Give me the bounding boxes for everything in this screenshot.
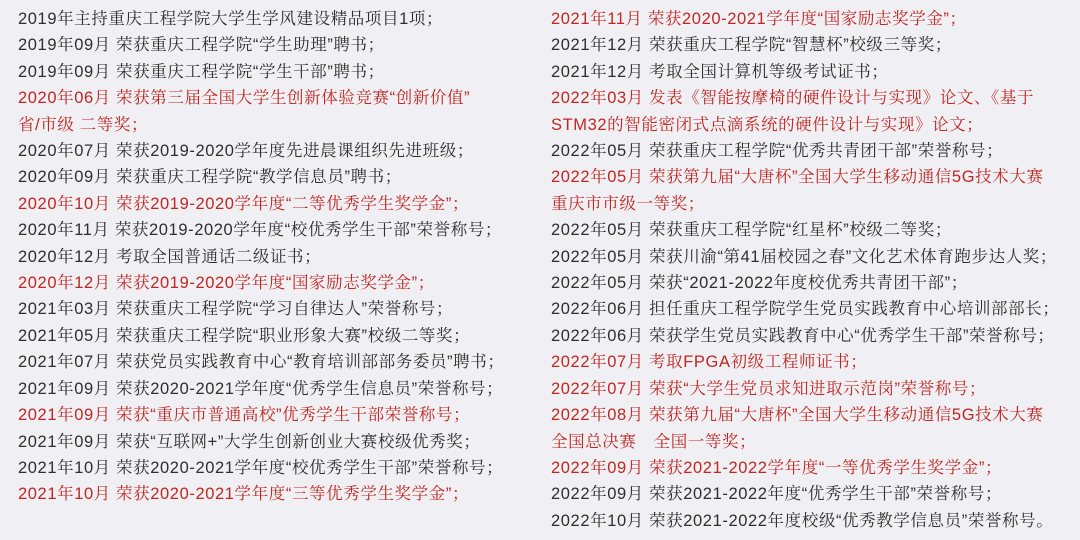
achievement-line: 2022年05月 荣获川渝“第41届校园之春”文化艺术体育跑步达人奖；	[551, 244, 1070, 270]
achievements-column-right: 2021年11月 荣获2020-2021学年度“国家励志奖学金”；2021年12…	[551, 6, 1070, 540]
achievement-line: 2020年10月 荣获2019-2020学年度“二等优秀学生奖学金”；	[18, 191, 537, 217]
achievement-line: 2020年09月 荣获重庆工程学院“教学信息员”聘书；	[18, 164, 537, 190]
achievement-line: 2020年07月 荣获2019-2020学年度先进晨课组织先进班级；	[18, 138, 537, 164]
achievement-line: 2021年11月 荣获2020-2021学年度“国家励志奖学金”；	[551, 6, 1070, 32]
achievement-line: 重庆市市级一等奖；	[551, 191, 1070, 217]
achievement-line: 2022年10月 荣获2021-2022年度校级“优秀教学信息员”荣誉称号。	[551, 508, 1070, 534]
achievement-line: 2021年12月 荣获重庆工程学院“智慧杯”校级三等奖；	[551, 32, 1070, 58]
achievement-line: 2019年主持重庆工程学院大学生学风建设精品项目1项；	[18, 6, 537, 32]
achievement-line: 2021年12月 考取全国计算机等级考试证书；	[551, 59, 1070, 85]
achievement-line: 2022年05月 荣获重庆工程学院“红星杯”校级二等奖；	[551, 217, 1070, 243]
achievement-line: 2021年03月 荣获重庆工程学院“学习自律达人”荣誉称号；	[18, 296, 537, 322]
achievement-line: 2021年09月 荣获2020-2021学年度“优秀学生信息员”荣誉称号；	[18, 376, 537, 402]
achievement-line: 2021年10月 荣获2020-2021学年度“校优秀学生干部”荣誉称号；	[18, 455, 537, 481]
achievement-line: 2019年09月 荣获重庆工程学院“学生助理”聘书；	[18, 32, 537, 58]
achievement-line: 2020年06月 荣获第三届全国大学生创新体验竞赛“创新价值”	[18, 85, 537, 111]
achievement-line: 2021年09月 荣获“互联网+”大学生创新创业大赛校级优秀奖；	[18, 429, 537, 455]
achievement-line: 全国总决赛 全国一等奖；	[551, 429, 1070, 455]
achievement-line: 2022年09月 荣获2021-2022年度“优秀学生干部”荣誉称号；	[551, 481, 1070, 507]
achievement-line: 2022年06月 荣获学生党员实践教育中心“优秀学生干部”荣誉称号；	[551, 323, 1070, 349]
achievement-line: STM32的智能密闭式点滴系统的硬件设计与实现》论文；	[551, 112, 1070, 138]
achievement-line: 2019年09月 荣获重庆工程学院“学生干部”聘书；	[18, 59, 537, 85]
achievement-line: 2021年10月 荣获2020-2021学年度“三等优秀学生奖学金”；	[18, 481, 537, 507]
achievement-line: 2022年05月 荣获“2021-2022年度校优秀共青团干部”；	[551, 270, 1070, 296]
achievement-line: 2022年06月 担任重庆工程学院学生党员实践教育中心培训部部长；	[551, 296, 1070, 322]
achievement-line: 2022年07月 考取FPGA初级工程师证书；	[551, 349, 1070, 375]
achievement-line: 省/市级 二等奖；	[18, 112, 537, 138]
achievement-line: 2021年05月 荣获重庆工程学院“职业形象大赛”校级二等奖；	[18, 323, 537, 349]
achievements-slide: 2019年主持重庆工程学院大学生学风建设精品项目1项；2019年09月 荣获重庆…	[0, 0, 1080, 540]
achievement-line: 2021年07月 荣获党员实践教育中心“教育培训部部务委员”聘书；	[18, 349, 537, 375]
achievement-line: 2022年09月 荣获2021-2022学年度“一等优秀学生奖学金”；	[551, 455, 1070, 481]
achievement-line: 2021年09月 荣获“重庆市普通高校”优秀学生干部荣誉称号；	[18, 402, 537, 428]
achievement-line: 2020年12月 荣获2019-2020学年度“国家励志奖学金”；	[18, 270, 537, 296]
achievement-line: 2022年05月 荣获第九届“大唐杯”全国大学生移动通信5G技术大赛	[551, 164, 1070, 190]
achievements-column-left: 2019年主持重庆工程学院大学生学风建设精品项目1项；2019年09月 荣获重庆…	[18, 6, 537, 540]
achievement-line: 2020年12月 考取全国普通话二级证书；	[18, 244, 537, 270]
achievement-line: 2022年03月 发表《智能按摩椅的硬件设计与实现》论文、《基于	[551, 85, 1070, 111]
achievement-line: 2022年08月 荣获第九届“大唐杯”全国大学生移动通信5G技术大赛	[551, 402, 1070, 428]
achievement-line: 2020年11月 荣获2019-2020学年度“校优秀学生干部”荣誉称号；	[18, 217, 537, 243]
achievement-line: 2022年07月 荣获“大学生党员求知进取示范岗”荣誉称号；	[551, 376, 1070, 402]
achievement-line: 2022年05月 荣获重庆工程学院“优秀共青团干部”荣誉称号；	[551, 138, 1070, 164]
